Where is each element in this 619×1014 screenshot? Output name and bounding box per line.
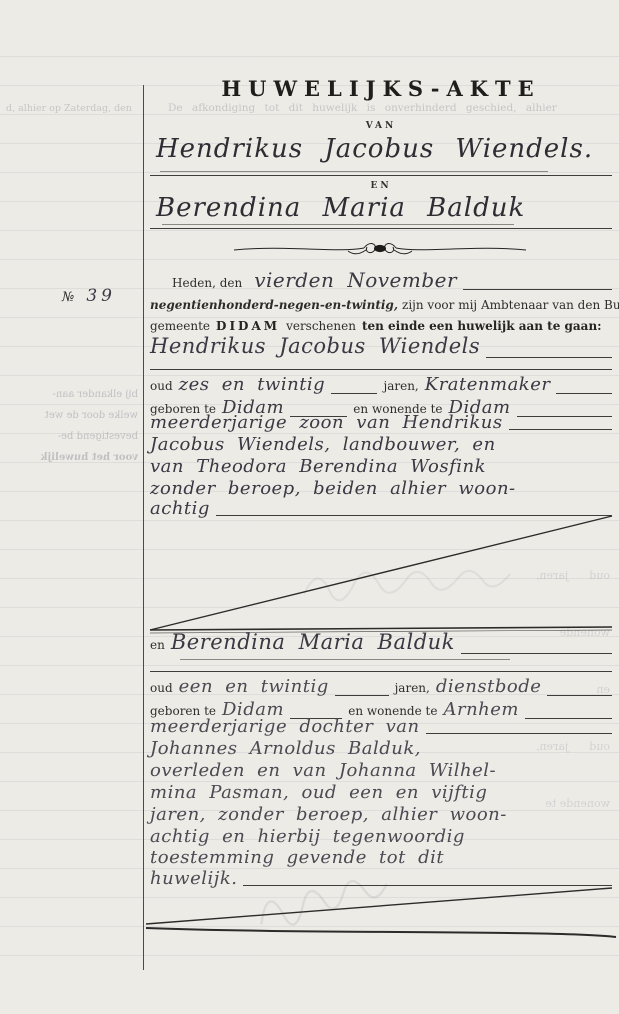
blank-field-rule-1: [150, 369, 612, 370]
purpose-text: ten einde een huwelijk aan te gaan:: [362, 319, 602, 333]
groom-name-heading: Hendrikus Jacobus Wiendels.: [156, 134, 608, 164]
date-script: vierden November: [254, 268, 457, 292]
bleed-margin-line: welke door de wet: [4, 405, 138, 426]
gemeente-name: DIDAM: [216, 319, 280, 333]
groom-line: van Theodora Berendina Wosfink: [150, 456, 486, 477]
act-number: № 39: [62, 286, 116, 306]
bleed-margin-block: bij elkander aan- welke door de wet beve…: [4, 384, 138, 468]
groom-script-fill: [486, 356, 612, 358]
bleed-margin-line: bij elkander aan-: [4, 384, 138, 405]
groom-age: zes en twintig: [179, 374, 326, 395]
bride-line: toestemming gevende tot dit: [150, 847, 444, 868]
en-connector-label: en: [150, 638, 165, 652]
van-label: VAN: [150, 121, 612, 131]
ornamental-flourish: [230, 238, 530, 260]
bride-line-row: Johannes Arnoldus Balduk,: [150, 738, 612, 760]
bride-line: mina Pasman, oud een en vijftig: [150, 782, 487, 803]
bride-line: achtig en hierbij tegenwoordig: [150, 826, 465, 847]
oud-label: oud: [150, 379, 173, 393]
groom-line-row: van Theodora Berendina Wosfink: [150, 456, 612, 478]
bride-name-underline: [162, 224, 514, 225]
fill-line: [461, 652, 612, 654]
act-number-value: 39: [86, 286, 116, 306]
jaren-label: jaren,: [383, 379, 418, 393]
fill-line: [331, 392, 377, 394]
void-strike-upper: [142, 510, 618, 638]
bride-script-underline: [180, 659, 510, 660]
fill-line: [509, 428, 612, 430]
groom-line-row: meerderjarige zoon van Hendrikus: [150, 412, 612, 434]
groom-script-name: Hendrikus Jacobus Wiendels: [150, 334, 480, 358]
bride-name-rule: [150, 228, 612, 229]
marriage-certificate-page: d, alhier op Zaterdag, den De afkondigin…: [0, 0, 619, 1014]
groom-age-row: oud zes en twintig jaren, Kratenmaker: [150, 374, 612, 398]
void-strike-lower: [140, 880, 618, 942]
bride-line: Johannes Arnoldus Balduk,: [150, 738, 421, 759]
groom-line: zonder beroep, beiden alhier woon-: [150, 478, 516, 499]
groom-line-row: Jacobus Wiendels, landbouwer, en: [150, 434, 612, 456]
bleed-text-top-left: d, alhier op Zaterdag, den: [6, 103, 142, 114]
document-title: HUWELIJKS-AKTE: [150, 76, 612, 101]
bleed-margin-line: bevestigend be-: [4, 426, 138, 447]
groom-name-underline: [160, 171, 548, 172]
year-row: negentienhonderd-negen-en-twintig, zijn …: [150, 298, 612, 316]
groom-name-rule: [150, 175, 612, 176]
bride-age-row: oud een en twintig jaren, dienstbode: [150, 676, 612, 700]
bride-line-row: mina Pasman, oud een en vijftig: [150, 782, 612, 804]
bride-name-heading: Berendina Maria Balduk: [156, 193, 608, 223]
bleed-margin-line: voor het huwelijk: [4, 447, 138, 468]
bride-occupation: dienstbode: [436, 676, 542, 697]
bride-age: een en twintig: [179, 676, 329, 697]
bride-line-row: achtig en hierbij tegenwoordig: [150, 826, 612, 848]
bride-script-row: en Berendina Maria Balduk: [150, 630, 612, 658]
fill-line: [556, 392, 612, 394]
groom-occupation: Kratenmaker: [425, 374, 551, 395]
groom-line-row: zonder beroep, beiden alhier woon-: [150, 478, 612, 500]
blank-field-rule-2: [150, 671, 612, 672]
bride-line: meerderjarige dochter van: [150, 716, 420, 737]
bride-line: overleden en van Johanna Wilhel-: [150, 760, 496, 781]
bride-line-row: overleden en van Johanna Wilhel-: [150, 760, 612, 782]
year-rest-text: zijn voor mij Ambtenaar van den Burgerli…: [402, 298, 619, 312]
fill-line: [426, 732, 612, 734]
jaren-label: jaren,: [395, 681, 430, 695]
date-row: Heden, den vierden November: [150, 268, 612, 294]
date-fill-line: [463, 288, 612, 290]
oud-label: oud: [150, 681, 173, 695]
bride-line-row: jaren, zonder beroep, alhier woon-: [150, 804, 612, 826]
en-label: EN: [150, 181, 612, 191]
bride-script-name: Berendina Maria Balduk: [171, 630, 455, 654]
groom-line: meerderjarige zoon van Hendrikus: [150, 412, 503, 433]
bride-line-row: meerderjarige dochter van: [150, 716, 612, 738]
bride-line-row: toestemming gevende tot dit: [150, 847, 612, 869]
fill-line: [547, 694, 612, 696]
gemeente-label: gemeente: [150, 319, 210, 333]
groom-script-row: Hendrikus Jacobus Wiendels: [150, 334, 612, 362]
verschenen-label: verschenen: [286, 319, 356, 333]
fill-line: [335, 694, 389, 696]
heden-label: Heden, den: [172, 276, 242, 290]
act-number-label: №: [62, 290, 74, 305]
year-bold-text: negentienhonderd-negen-en-twintig,: [150, 298, 398, 312]
groom-line: Jacobus Wiendels, landbouwer, en: [150, 434, 496, 455]
bride-line: jaren, zonder beroep, alhier woon-: [150, 804, 507, 825]
bleed-text-top-line: De afkondiging tot dit huwelijk is onver…: [168, 102, 613, 114]
